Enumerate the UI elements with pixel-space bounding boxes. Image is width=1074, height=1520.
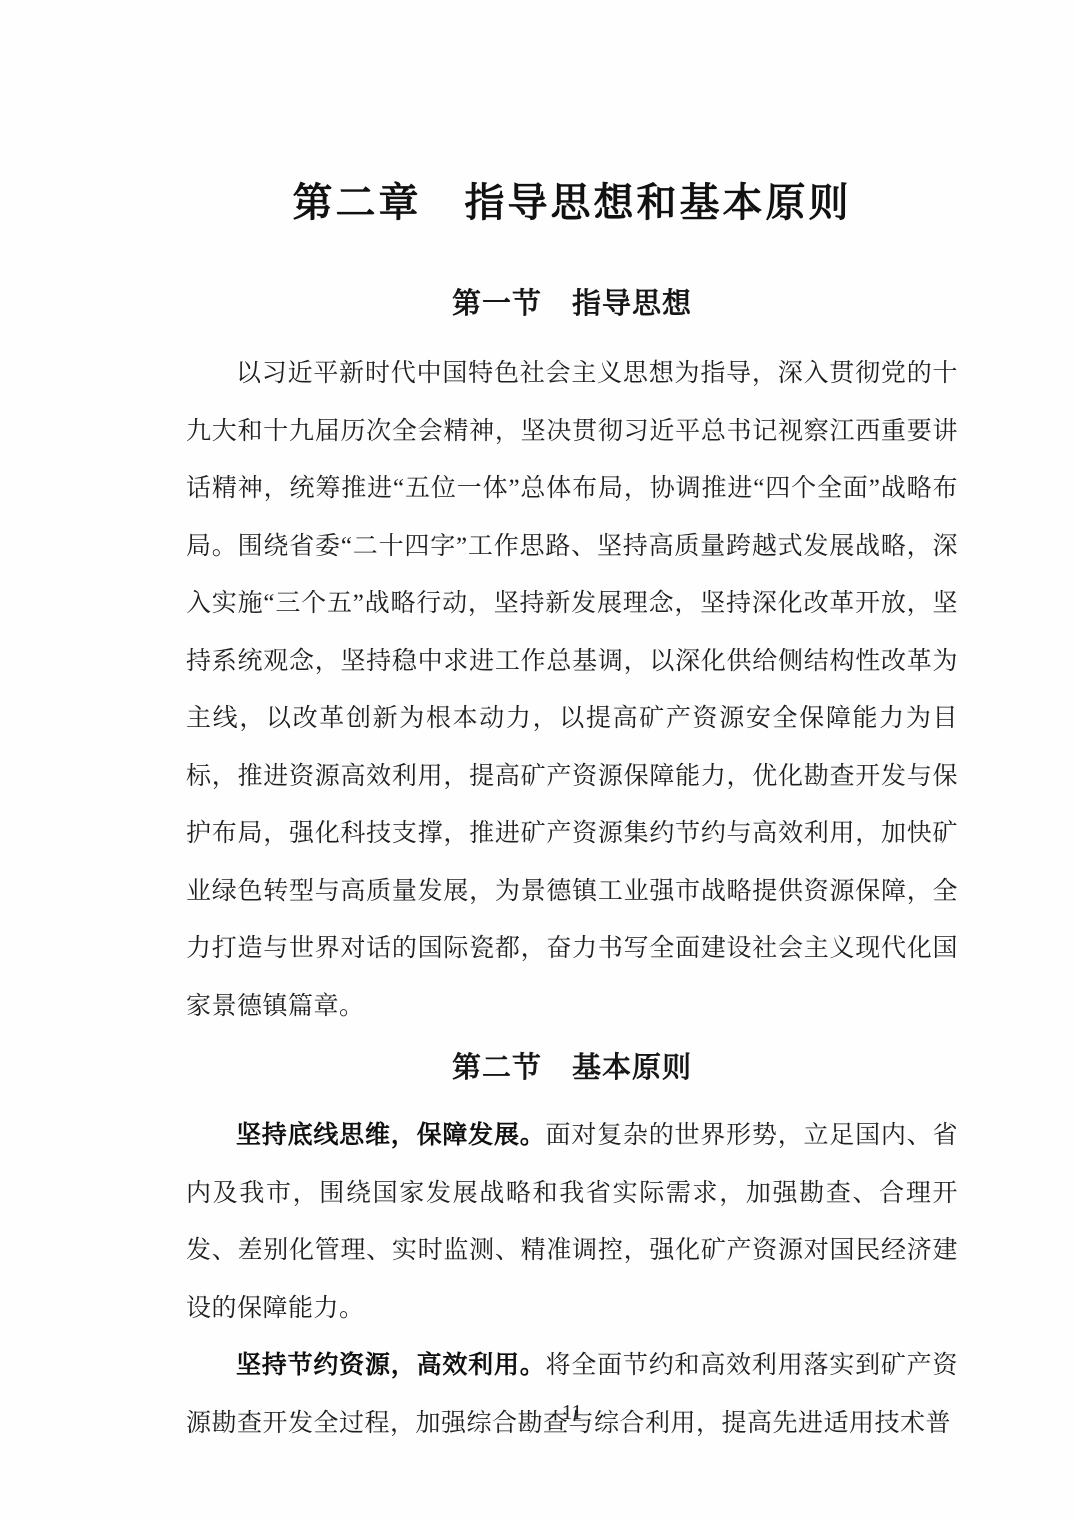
section-2-heading: 第二节 基本原则 (186, 1051, 958, 1085)
chapter-title: 第二章 指导思想和基本原则 (186, 175, 958, 231)
paragraph-text: 面对复杂的世界形势，立足国内、省内及我市，围绕国家发展战略和我省实际需求，加强勘… (186, 1122, 958, 1322)
text-block: 第二章 指导思想和基本原则 第一节 指导思想 以习近平新时代中国特色社会主义思想… (186, 0, 958, 1452)
section-basic-principles: 第二节 基本原则 坚持底线思维，保障发展。面对复杂的世界形势，立足国内、省内及我… (186, 1051, 958, 1452)
paragraph-principle-resource-saving: 坚持节约资源，高效利用。将全面节约和高效利用落实到矿产资源勘查开发全过程，加强综… (186, 1337, 958, 1452)
document-page: 第二章 指导思想和基本原则 第一节 指导思想 以习近平新时代中国特色社会主义思想… (0, 0, 1074, 1520)
paragraph-text: 以习近平新时代中国特色社会主义思想为指导，深入贯彻党的十九大和十九届历次全会精神… (186, 360, 958, 1020)
section-1-heading: 第一节 指导思想 (186, 287, 958, 321)
paragraph-lead-bold: 坚持底线思维，保障发展。 (236, 1122, 546, 1149)
page-number: 11 (186, 1398, 958, 1426)
section-guiding-ideology: 第一节 指导思想 以习近平新时代中国特色社会主义思想为指导，深入贯彻党的十九大和… (186, 287, 958, 1035)
paragraph-principle-bottom-line: 坚持底线思维，保障发展。面对复杂的世界形势，立足国内、省内及我市，围绕国家发展战… (186, 1107, 958, 1337)
paragraph-lead-bold: 坚持节约资源，高效利用。 (236, 1352, 546, 1379)
paragraph-guiding-ideology: 以习近平新时代中国特色社会主义思想为指导，深入贯彻党的十九大和十九届历次全会精神… (186, 345, 958, 1035)
